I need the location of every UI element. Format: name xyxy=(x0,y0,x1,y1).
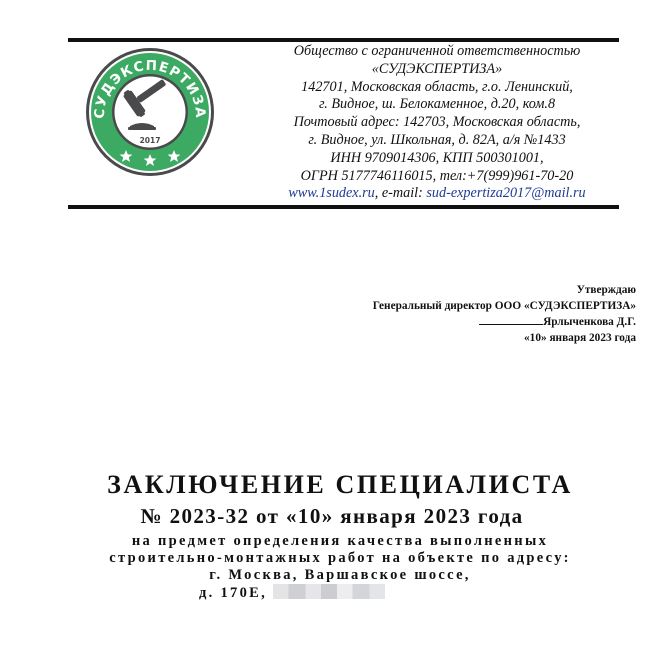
document-number: № 2023-32 от «10» января 2023 года xyxy=(0,503,650,529)
redacted-address xyxy=(273,584,385,599)
signature-line xyxy=(479,314,543,325)
document-title: ЗАКЛЮЧЕНИЕ СПЕЦИАЛИСТА xyxy=(0,470,650,500)
legal-address-line-1: 142701, Московская область, г.о. Ленинск… xyxy=(262,79,612,97)
postal-address-line-1: Почтовый адрес: 142703, Московская облас… xyxy=(262,114,612,132)
registration-phone: ОГРН 5177746116015, тел:+7(999)961-70-20 xyxy=(262,168,612,186)
address-house: д. 170Е, xyxy=(199,585,267,601)
contact-links: www.1sudex.ru, e-mail: sud-expertiza2017… xyxy=(262,185,612,203)
approval-block: Утверждаю Генеральный директор ООО «СУДЭ… xyxy=(373,283,636,346)
approver-position: Генеральный директор ООО «СУДЭКСПЕРТИЗА» xyxy=(373,299,636,315)
subject-line-2: строительно-монтажных работ на объекте п… xyxy=(0,550,650,567)
subject-line-1: на предмет определения качества выполнен… xyxy=(0,533,650,550)
approver-signature: Ярлыченкова Д.Г. xyxy=(373,314,636,331)
subject-line-3: г. Москва, Варшавское шоссе, xyxy=(0,567,650,584)
approval-heading: Утверждаю xyxy=(373,283,636,299)
header-rule-top xyxy=(68,38,619,42)
company-name: «СУДЭКСПЕРТИЗА» xyxy=(262,61,612,79)
tax-ids: ИНН 9709014306, КПП 500301001, xyxy=(262,150,612,168)
legal-address-line-2: г. Видное, ш. Белокаменное, д.20, ком.8 xyxy=(262,96,612,114)
company-legal-form: Общество с ограниченной ответственностью xyxy=(262,43,612,61)
logo-year: 2017 xyxy=(140,136,161,145)
email-label: , e-mail: xyxy=(375,185,427,201)
document-subject: на предмет определения качества выполнен… xyxy=(0,533,650,602)
header-rule-bottom xyxy=(68,205,619,209)
approver-name: Ярлыченкова Д.Г. xyxy=(543,316,636,328)
email-link[interactable]: sud-expertiza2017@mail.ru xyxy=(426,185,585,201)
approval-date: «10» января 2023 года xyxy=(373,331,636,347)
company-letterhead: Общество с ограниченной ответственностью… xyxy=(262,43,612,203)
subject-line-4: д. 170Е, xyxy=(0,584,650,602)
postal-address-line-2: г. Видное, ул. Школьная, д. 82А, а/я №14… xyxy=(262,132,612,150)
website-link[interactable]: www.1sudex.ru xyxy=(288,185,374,201)
company-logo: СУДЭКСПЕРТИЗА 2017 xyxy=(84,46,216,178)
